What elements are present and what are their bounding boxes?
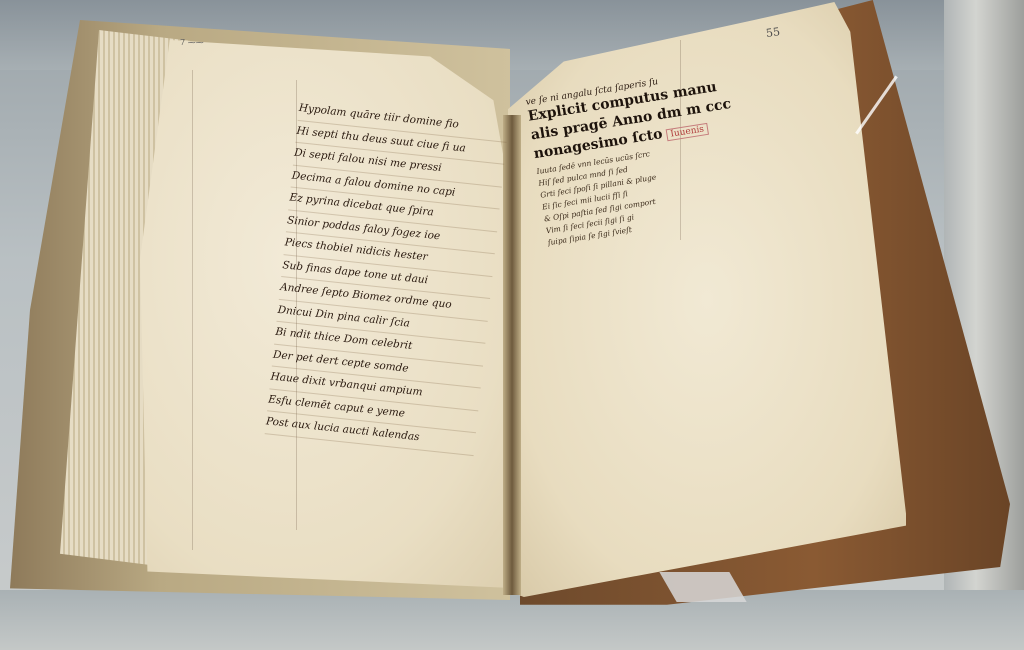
- book-gutter: [503, 115, 521, 595]
- right-page-text: ve ſe ni angalu ſcta ſaperis ſu Explicit…: [525, 67, 746, 249]
- red-rubric: Iuuenis: [666, 123, 709, 141]
- left-page-text: Hypolam quāre tiir domine fio Hi septi t…: [265, 98, 509, 456]
- display-base: [0, 590, 1024, 650]
- ruling-line: [192, 70, 193, 550]
- pencil-mark: 7 ⁓⁓: [180, 38, 204, 47]
- folio-number: 55: [765, 25, 781, 40]
